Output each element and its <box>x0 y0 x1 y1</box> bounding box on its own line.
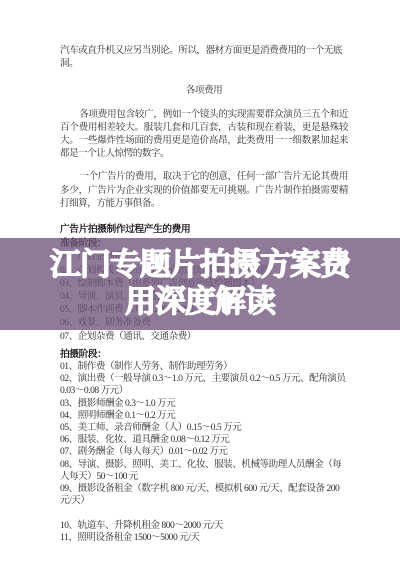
shoot-cost-list: 01、制作费（制作人劳务、制作助理劳务） 02、演出费（一般导演 0.3～1.0… <box>60 361 348 544</box>
shoot-list-item: 10、轨道车、升降机租金 800～2000 元/天 <box>60 520 348 532</box>
costs-process-heading: 广告片拍摄制作过程产生的费用 <box>60 223 348 236</box>
paragraph-costs-overview: 各项费用包含较广，例如一个镜头的实现需要群众演员三五个和近百个费用相差较大。服装… <box>60 108 348 161</box>
overlay-title-line1: 江门专题片拍摄方案费 <box>50 247 350 284</box>
shoot-list-item: 09、摄影设备租金（数字机 800 元/天、模拟机 600 元/天、配套设备 2… <box>60 483 348 507</box>
shoot-list-item: 07、剧务酬金（每人每天）0.01～0.02 万元 <box>60 446 348 458</box>
shoot-list-item: 05、美工师、录音师酬金（人）0.15～0.5 万元 <box>60 422 348 434</box>
shoot-list-item: 08、导演、摄影、照明、美工、化妆、服装、机械等助理人员酬金（每人每天）50～1… <box>60 459 348 483</box>
shoot-list-item: 02、演出费（一般导演 0.3～1.0 万元、主要演员 0.2～0.5 万元、配… <box>60 373 348 397</box>
section-heading: 各项费用 <box>60 84 348 97</box>
overlay-banner: 江门专题片拍摄方案费 用深度解读 <box>0 238 400 330</box>
shoot-list-item: 03、摄影师酬金 0.3～1.0 万元 <box>60 398 348 410</box>
shoot-stage-heading: 拍摄阶段： <box>60 348 348 361</box>
article-page: 汽车或直升机又应另当别论。所以，器材方面更是消费费用的一个无底洞。 各项费用 各… <box>0 0 400 566</box>
paragraph-ad-value: 一个广告片的费用，取决于它的创意，任何一部广告片无论其费用多少，广告片为企业实现… <box>60 170 348 210</box>
intro-line: 汽车或直升机又应另当别论。所以，器材方面更是消费费用的一个无底洞。 <box>60 44 348 70</box>
overlay-title-line2: 用深度解读 <box>125 284 275 321</box>
shoot-list-item: 06、服装、化妆、道具酬金 0.08～0.12 万元 <box>60 434 348 446</box>
shoot-list-item: 01、制作费（制作人劳务、制作助理劳务） <box>60 361 348 373</box>
prep-list-item: 07、企划杂费（通讯、交通杂费） <box>60 330 348 343</box>
shoot-list-item: 11、照明设备租金 1500～5000 元/天 <box>60 532 348 544</box>
shoot-list-item: 04、照明师酬金 0.1～0.2 万元 <box>60 410 348 422</box>
shoot-stage-block: 拍摄阶段： 01、制作费（制作人劳务、制作助理劳务） 02、演出费（一般导演 0… <box>60 348 348 544</box>
